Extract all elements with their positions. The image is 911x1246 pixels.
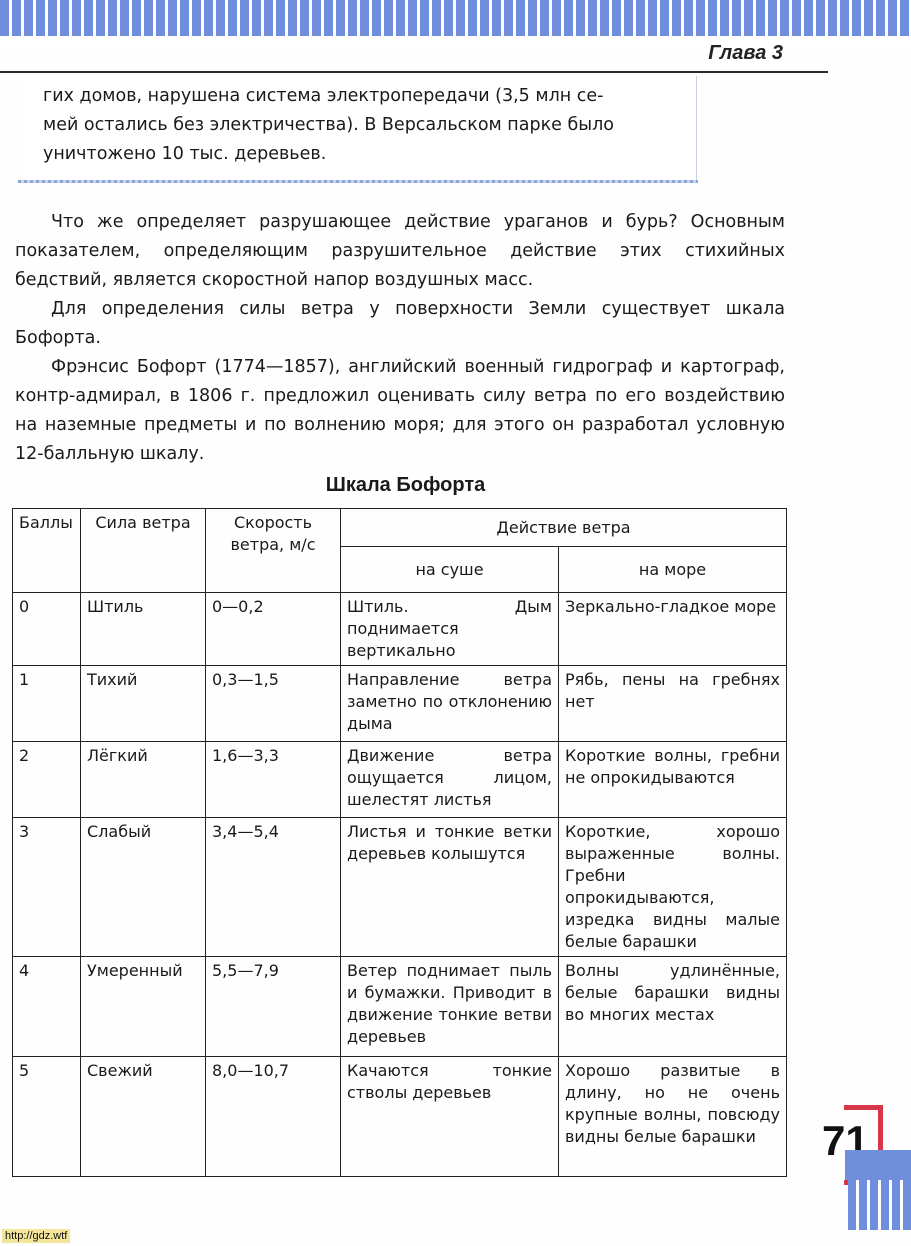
cell-sea: Короткие, хорошо выраженные волны. Гребн… — [559, 818, 787, 957]
cell-sea: Зеркально-гладкое море — [559, 593, 787, 666]
table-title: Шкала Бофорта — [0, 474, 811, 497]
cell-sea: Рябь, пены на гребнях нет — [559, 666, 787, 742]
cell-force: Тихий — [81, 666, 206, 742]
cell-force: Штиль — [81, 593, 206, 666]
header-land: на суше — [341, 547, 559, 593]
table-row: 3Слабый3,4—5,4Листья и тонкие ветки дере… — [13, 818, 787, 957]
cell-points: 1 — [13, 666, 81, 742]
cell-speed: 3,4—5,4 — [206, 818, 341, 957]
table-row: 2Лёгкий1,6—3,3Движение ветра ощущается л… — [13, 742, 787, 818]
cell-land: Штиль. Дым поднимается вертикально — [341, 593, 559, 666]
cell-force: Лёгкий — [81, 742, 206, 818]
cell-force: Слабый — [81, 818, 206, 957]
table-row: 0Штиль0—0,2Штиль. Дым поднимается вертик… — [13, 593, 787, 666]
cell-speed: 0—0,2 — [206, 593, 341, 666]
cell-force: Свежий — [81, 1057, 206, 1177]
cell-sea: Короткие волны, гребни не опрокидываются — [559, 742, 787, 818]
table-row: 4Умеренный5,5—7,9Ветер поднимает пыль и … — [13, 957, 787, 1057]
decorative-corner-stripes — [848, 1180, 911, 1230]
boxed-line: гих домов, нарушена система электроперед… — [43, 82, 688, 110]
boxed-divider — [18, 180, 698, 183]
cell-force: Умеренный — [81, 957, 206, 1057]
table-row: 5Свежий8,0—10,7Качаются тонкие стволы де… — [13, 1057, 787, 1177]
header-speed: Скорость ветра, м/с — [206, 509, 341, 593]
cell-points: 3 — [13, 818, 81, 957]
cell-speed: 1,6—3,3 — [206, 742, 341, 818]
cell-land: Листья и тонкие ветки деревьев колышутся — [341, 818, 559, 957]
beaufort-table: Баллы Сила ветра Скорость ветра, м/с Дей… — [12, 508, 787, 1177]
decorative-corner-block — [845, 1150, 911, 1180]
header-sea: на море — [559, 547, 787, 593]
table-row: 1Тихий0,3—1,5Направление ветра заметно п… — [13, 666, 787, 742]
cell-speed: 0,3—1,5 — [206, 666, 341, 742]
cell-speed: 5,5—7,9 — [206, 957, 341, 1057]
continued-boxed-text: гих домов, нарушена система электроперед… — [26, 76, 697, 182]
header-effect: Действие ветра — [341, 509, 787, 547]
cell-sea: Хорошо развитые в длину, но не очень кру… — [559, 1057, 787, 1177]
body-text: Что же определяет разрушающее действие у… — [15, 208, 785, 469]
paragraph: Для определения силы ветра у поверхности… — [15, 295, 785, 353]
cell-land: Направление ветра заметно по отклонению … — [341, 666, 559, 742]
paragraph: Фрэнсис Бофорт (1774—1857), английский в… — [15, 353, 785, 469]
header-force: Сила ветра — [81, 509, 206, 593]
cell-points: 2 — [13, 742, 81, 818]
boxed-line: уничтожено 10 тыс. деревьев. — [43, 140, 688, 168]
boxed-line: мей остались без электричества). В Верса… — [43, 111, 688, 139]
cell-points: 4 — [13, 957, 81, 1057]
paragraph: Что же определяет разрушающее действие у… — [15, 208, 785, 295]
cell-land: Качаются тонкие стволы деревьев — [341, 1057, 559, 1177]
cell-land: Движение ветра ощущается лицом, шелестят… — [341, 742, 559, 818]
cell-speed: 8,0—10,7 — [206, 1057, 341, 1177]
cell-points: 5 — [13, 1057, 81, 1177]
watermark-link[interactable]: http://gdz.wtf — [2, 1229, 70, 1243]
chapter-heading: Глава 3 — [708, 42, 783, 65]
cell-sea: Волны удлинённые, белые барашки видны во… — [559, 957, 787, 1057]
header-divider — [0, 71, 828, 73]
header-points: Баллы — [13, 509, 81, 593]
decorative-top-stripes — [0, 0, 911, 36]
cell-land: Ветер поднимает пыль и бумажки. Приводит… — [341, 957, 559, 1057]
cell-points: 0 — [13, 593, 81, 666]
